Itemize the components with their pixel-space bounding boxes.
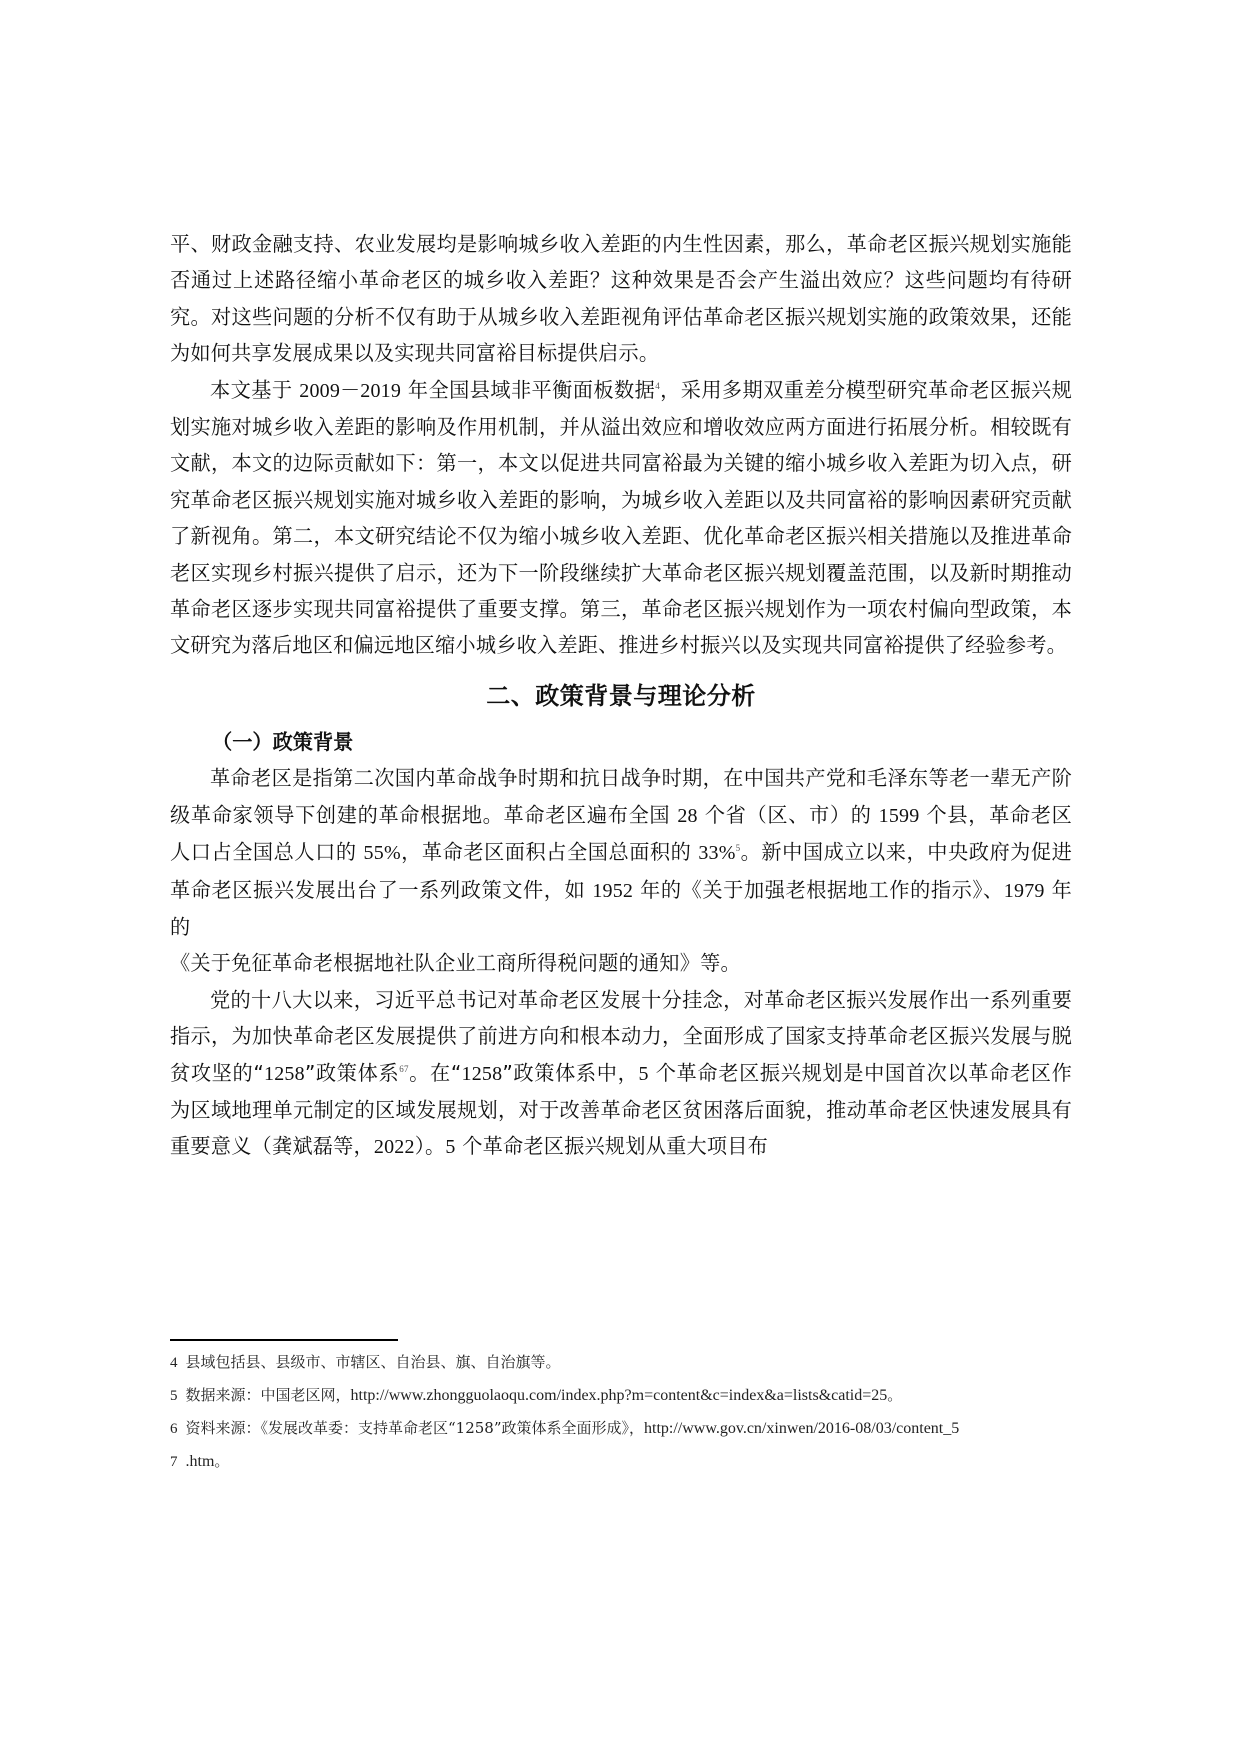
paragraph-2: 本文基于 2009－2019 年全国县域非平衡面板数据4，采用多期双重差分模型研… [170,372,1072,664]
footnote-4: 4县域包括县、县级市、市辖区、自治县、旗、自治旗等。 [170,1352,1080,1373]
year-range: 2009－2019 [299,380,401,402]
citation-year: 2022 [374,1136,415,1158]
policy-code: 1258 [462,1063,503,1085]
text-run: ，革命老区面积占全国总面积的 [401,840,699,864]
population-share: 55% [364,842,401,864]
paragraph-1: 平、财政金融支持、农业发展均是影响城乡收入差距的内生性因素，那么，革命老区振兴规… [170,226,1072,372]
text-run: ，采用多期双重差分模型研究革命老区振兴规划实施对城乡收入差距的影响及作用机制，并… [170,378,1072,658]
section-heading: 二、政策背景与理论分析 [170,676,1072,716]
text-run: 。在“ [409,1061,462,1085]
footnote-separator [170,1339,398,1341]
text-run: 个省（区、市）的 [698,803,879,827]
footnote-ref-67[interactable]: 67 [399,1064,408,1074]
footnote-link[interactable]: .htm [186,1453,215,1470]
footnote-6: 6资料来源：《发展改革委：支持革命老区“1258”政策体系全面形成》，http:… [170,1418,1080,1439]
sub-heading: （一）政策背景 [170,724,1072,760]
text-run: 本文基于 [210,378,299,402]
footnote-link[interactable]: http://www.gov.cn/xinwen/2016-08/03/cont… [644,1420,959,1437]
text-run: ”政策体系 [305,1061,399,1085]
text-run: 个革命老区振兴规划从重大项目布 [456,1134,768,1158]
text-run: 年全国县域非平衡面板数据 [401,378,655,402]
footnote-suffix: 。 [214,1452,229,1470]
footnote-text: 数据来源：中国老区网， [186,1386,351,1404]
paragraph-4: 党的十八大以来，习近平总书记对革命老区发展十分挂念，对革命老区振兴发展作出一系列… [170,982,1072,1166]
footnote-number: 5 [170,1388,178,1404]
policy-code: 1258 [264,1063,305,1085]
province-count: 28 [677,805,697,827]
text-run: 年的《关于加强老根据地工作的指示》、 [633,878,1004,902]
footnote-text: 资料来源：《发展改革委：支持革命老区“1258”政策体系全面形成》， [186,1419,645,1437]
plan-count: 5 [445,1136,455,1158]
footnote-link[interactable]: http://www.zhongguolaoqu.com/index.php?m… [351,1387,888,1404]
footnote-5: 5数据来源：中国老区网，http://www.zhongguolaoqu.com… [170,1385,1080,1406]
paragraph-3: 革命老区是指第二次国内革命战争时期和抗日战争时期，在中国共产党和毛泽东等老一辈无… [170,760,1072,981]
document-title-line: 《关于免征革命老根据地社队企业工商所得税问题的通知》等。 [170,945,1072,981]
area-share: 33% [698,842,735,864]
year: 1952 [592,880,633,902]
footnote-number: 6 [170,1421,178,1437]
footnote-text: 县域包括县、县级市、市辖区、自治县、旗、自治旗等。 [186,1353,561,1371]
footnotes: 4县域包括县、县级市、市辖区、自治县、旗、自治旗等。 5数据来源：中国老区网，h… [170,1352,1080,1484]
footnote-number: 7 [170,1454,178,1470]
footnote-suffix: 。 [887,1386,902,1404]
paragraph-1-text: 平、财政金融支持、农业发展均是影响城乡收入差距的内生性因素，那么，革命老区振兴规… [170,232,1072,365]
year: 1979 [1004,880,1045,902]
county-count: 1599 [879,805,920,827]
text-run: ”政策体系中， [502,1061,638,1085]
text-run: ）。 [415,1134,446,1158]
footnote-number: 4 [170,1355,178,1371]
document-body: 平、财政金融支持、农业发展均是影响城乡收入差距的内生性因素，那么，革命老区振兴规… [170,226,1072,1166]
footnote-7: 7.htm。 [170,1451,1080,1472]
plan-count: 5 [638,1063,648,1085]
